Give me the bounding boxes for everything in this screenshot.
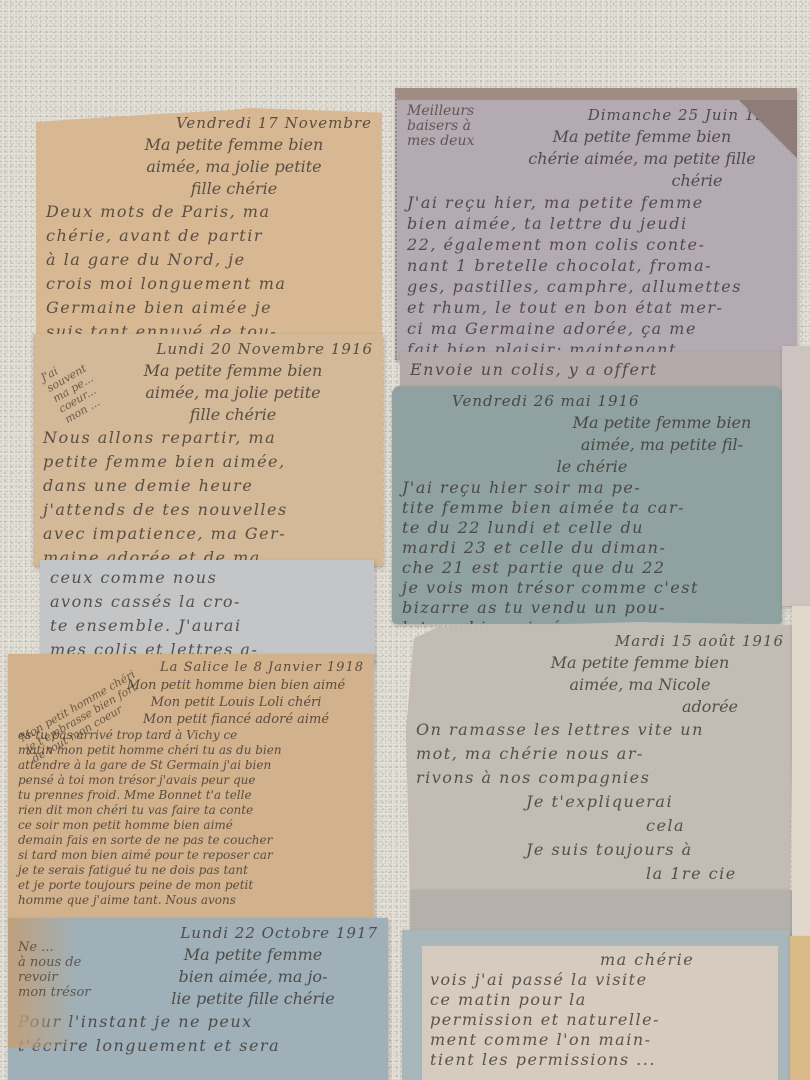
letter-lundi-22-octobre-1917: Ne ... à nous de revoir mon trésor Lundi… — [8, 918, 388, 1080]
letter-dimanche-25-juin-1916: Meilleurs baisers à mes deux Dimanche 25… — [395, 88, 797, 360]
letter-vendredi-17-novembre: Vendredi 17 Novembre Ma petite femme bie… — [36, 108, 382, 340]
letter-text-line: Je suis toujours à — [416, 838, 784, 862]
letter-text-line: crois moi longuement ma — [46, 272, 372, 296]
letter-text-line: ci ma Germaine adorée, ça me — [407, 318, 787, 339]
letter-edge-partial — [792, 606, 810, 936]
letter-margin-note: Meilleurs baisers à mes deux — [407, 104, 474, 149]
letter-salutation-line: aimée, ma petite fil- — [402, 434, 772, 456]
letter-salutation-line: aimée, ma Nicole — [416, 674, 784, 696]
letter-text-line: et rhum, le tout en bon état mer- — [407, 297, 787, 318]
letter-date: La Salice le 8 Janvier 1918 — [18, 660, 364, 675]
letter-date: Lundi 20 Novembre 1916 — [43, 340, 373, 358]
letter-text-line: rivons à nos compagnies — [416, 766, 784, 790]
letter-text-line: Je t'expliquerai — [416, 790, 784, 814]
letter-lundi-20-novembre-1916: J'ai souvent ma pe... coeur... mon ... L… — [33, 334, 383, 566]
letter-text-line: ce matin pour la — [430, 990, 770, 1010]
letter-text-line: Germaine bien aimée je — [46, 296, 372, 320]
letter-edge-partial — [790, 936, 810, 1080]
letter-salutation-line: chérie — [407, 170, 787, 192]
letter-text-line: et je porte toujours peine de mon petit — [18, 878, 364, 893]
letter-text-line: On ramasse les lettres vite un — [416, 718, 784, 742]
letter-text-line: J'ai reçu hier, ma petite femme — [407, 192, 787, 213]
letter-inner-sheet: ma chérie vois j'ai passé la visite ce m… — [422, 946, 778, 1080]
letter-date: Mardi 15 août 1916 — [416, 628, 784, 650]
letter-text-line: tient les permissions ... — [430, 1050, 770, 1070]
letter-text-line: nant 1 bretelle chocolat, froma- — [407, 255, 787, 276]
letter-salutation-line: le chérie — [402, 456, 772, 478]
letter-date: Vendredi 26 mai 1916 — [402, 392, 772, 410]
letter-text-line: ges, pastilles, camphre, allumettes — [407, 276, 787, 297]
letter-text-line: Deux mots de Paris, ma — [46, 200, 372, 224]
letter-text-line: attendre à la gare de St Germain j'ai bi… — [18, 758, 364, 773]
letter-text-line: tu prennes froid. Mme Bonnet t'a telle — [18, 788, 364, 803]
letter-text-line: je te serais fatigué tu ne dois pas tant — [18, 863, 364, 878]
letter-vendredi-26-mai-1916: Vendredi 26 mai 1916 Ma petite femme bie… — [392, 386, 782, 624]
letter-text-line: demain fais en sorte de ne pas te couche… — [18, 833, 364, 848]
letter-text-line: homme que j'aime tant. Nous avons — [18, 893, 364, 908]
letter-text-line: dans une demie heure — [43, 474, 373, 498]
letter-text-line: Nous allons repartir, ma — [43, 426, 373, 450]
letter-text-line: Envoie un colis, y a offert — [410, 358, 782, 382]
letter-text-line: rien dit mon chéri tu vas faire ta conte — [18, 803, 364, 818]
letter-text-line: à la gare du Nord, je — [46, 248, 372, 272]
letter-text-line: te du 22 lundi et celle du — [402, 518, 772, 538]
letter-edge-partial — [782, 346, 810, 606]
letter-text-line: j'attends de tes nouvelles — [43, 498, 373, 522]
letter-salutation-line: aimée, ma jolie petite — [46, 156, 372, 178]
letter-text-line: avons cassés la cro- — [50, 590, 364, 614]
letter-salutation-line: Mon petit homme bien bien aimé — [18, 677, 364, 694]
letter-text-line: vois j'ai passé la visite — [430, 970, 770, 990]
letter-text-line: je vois mon trésor comme c'est — [402, 578, 772, 598]
letter-la-salice-janvier-1918: Mon petit homme chéri je t'embrasse bien… — [8, 654, 374, 922]
letter-text-line: J'ai reçu hier soir ma pe- — [402, 478, 772, 498]
letter-text-line: la 1re cie — [416, 862, 784, 886]
letter-text-line: mardi 23 et celle du diman- — [402, 538, 772, 558]
letter-cherie-permission: ma chérie vois j'ai passé la visite ce m… — [402, 930, 790, 1080]
letter-text-line: chérie, avant de partir — [46, 224, 372, 248]
letter-mardi-15-aout-1916: Mardi 15 août 1916 Ma petite femme bien … — [406, 622, 794, 894]
letter-date: Vendredi 17 Novembre — [46, 114, 372, 132]
letter-text-line: bizarre as tu vendu un pou- — [402, 598, 772, 618]
letter-text-line: tite femme bien aimée ta car- — [402, 498, 772, 518]
letter-text-line: ma chérie — [430, 950, 770, 970]
letter-salutation-line: fille chérie — [46, 178, 372, 200]
letter-text-line: permission et naturelle- — [430, 1010, 770, 1030]
letter-text-line: si tard mon bien aimé pour te reposer ca… — [18, 848, 364, 863]
letter-grid-paper: ceux comme nous avons cassés la cro- te … — [40, 560, 374, 664]
letter-salutation-line: Ma petite femme bien — [402, 412, 772, 434]
letter-text-line: avec impatience, ma Ger- — [43, 522, 373, 546]
letter-text-line: petite femme bien aimée, — [43, 450, 373, 474]
letter-text-line: che 21 est partie que du 22 — [402, 558, 772, 578]
letter-text-line: ment comme l'on main- — [430, 1030, 770, 1050]
folded-corner — [727, 88, 797, 158]
letter-text-line: 22, également mon colis conte- — [407, 234, 787, 255]
letter-salutation-line: adorée — [416, 696, 784, 718]
letter-salutation-line: Ma petite femme bien — [46, 134, 372, 156]
letter-text-line: ceux comme nous — [50, 566, 364, 590]
letter-text-line: let ma bien aimée ... — [402, 618, 772, 624]
letter-margin-note: Ne ... à nous de revoir mon trésor — [18, 940, 91, 1000]
letter-salutation-line: Ma petite femme bien — [416, 652, 784, 674]
letter-text-line: bien aimée, ta lettre du jeudi — [407, 213, 787, 234]
letter-text-line: mot, ma chérie nous ar- — [416, 742, 784, 766]
letter-text-line: ce soir mon petit homme bien aimé — [18, 818, 364, 833]
letter-text-line: pensé à toi mon trésor j'avais peur que — [18, 773, 364, 788]
letter-text-line: te ensemble. J'aurai — [50, 614, 364, 638]
letter-text-line: cela — [416, 814, 784, 838]
